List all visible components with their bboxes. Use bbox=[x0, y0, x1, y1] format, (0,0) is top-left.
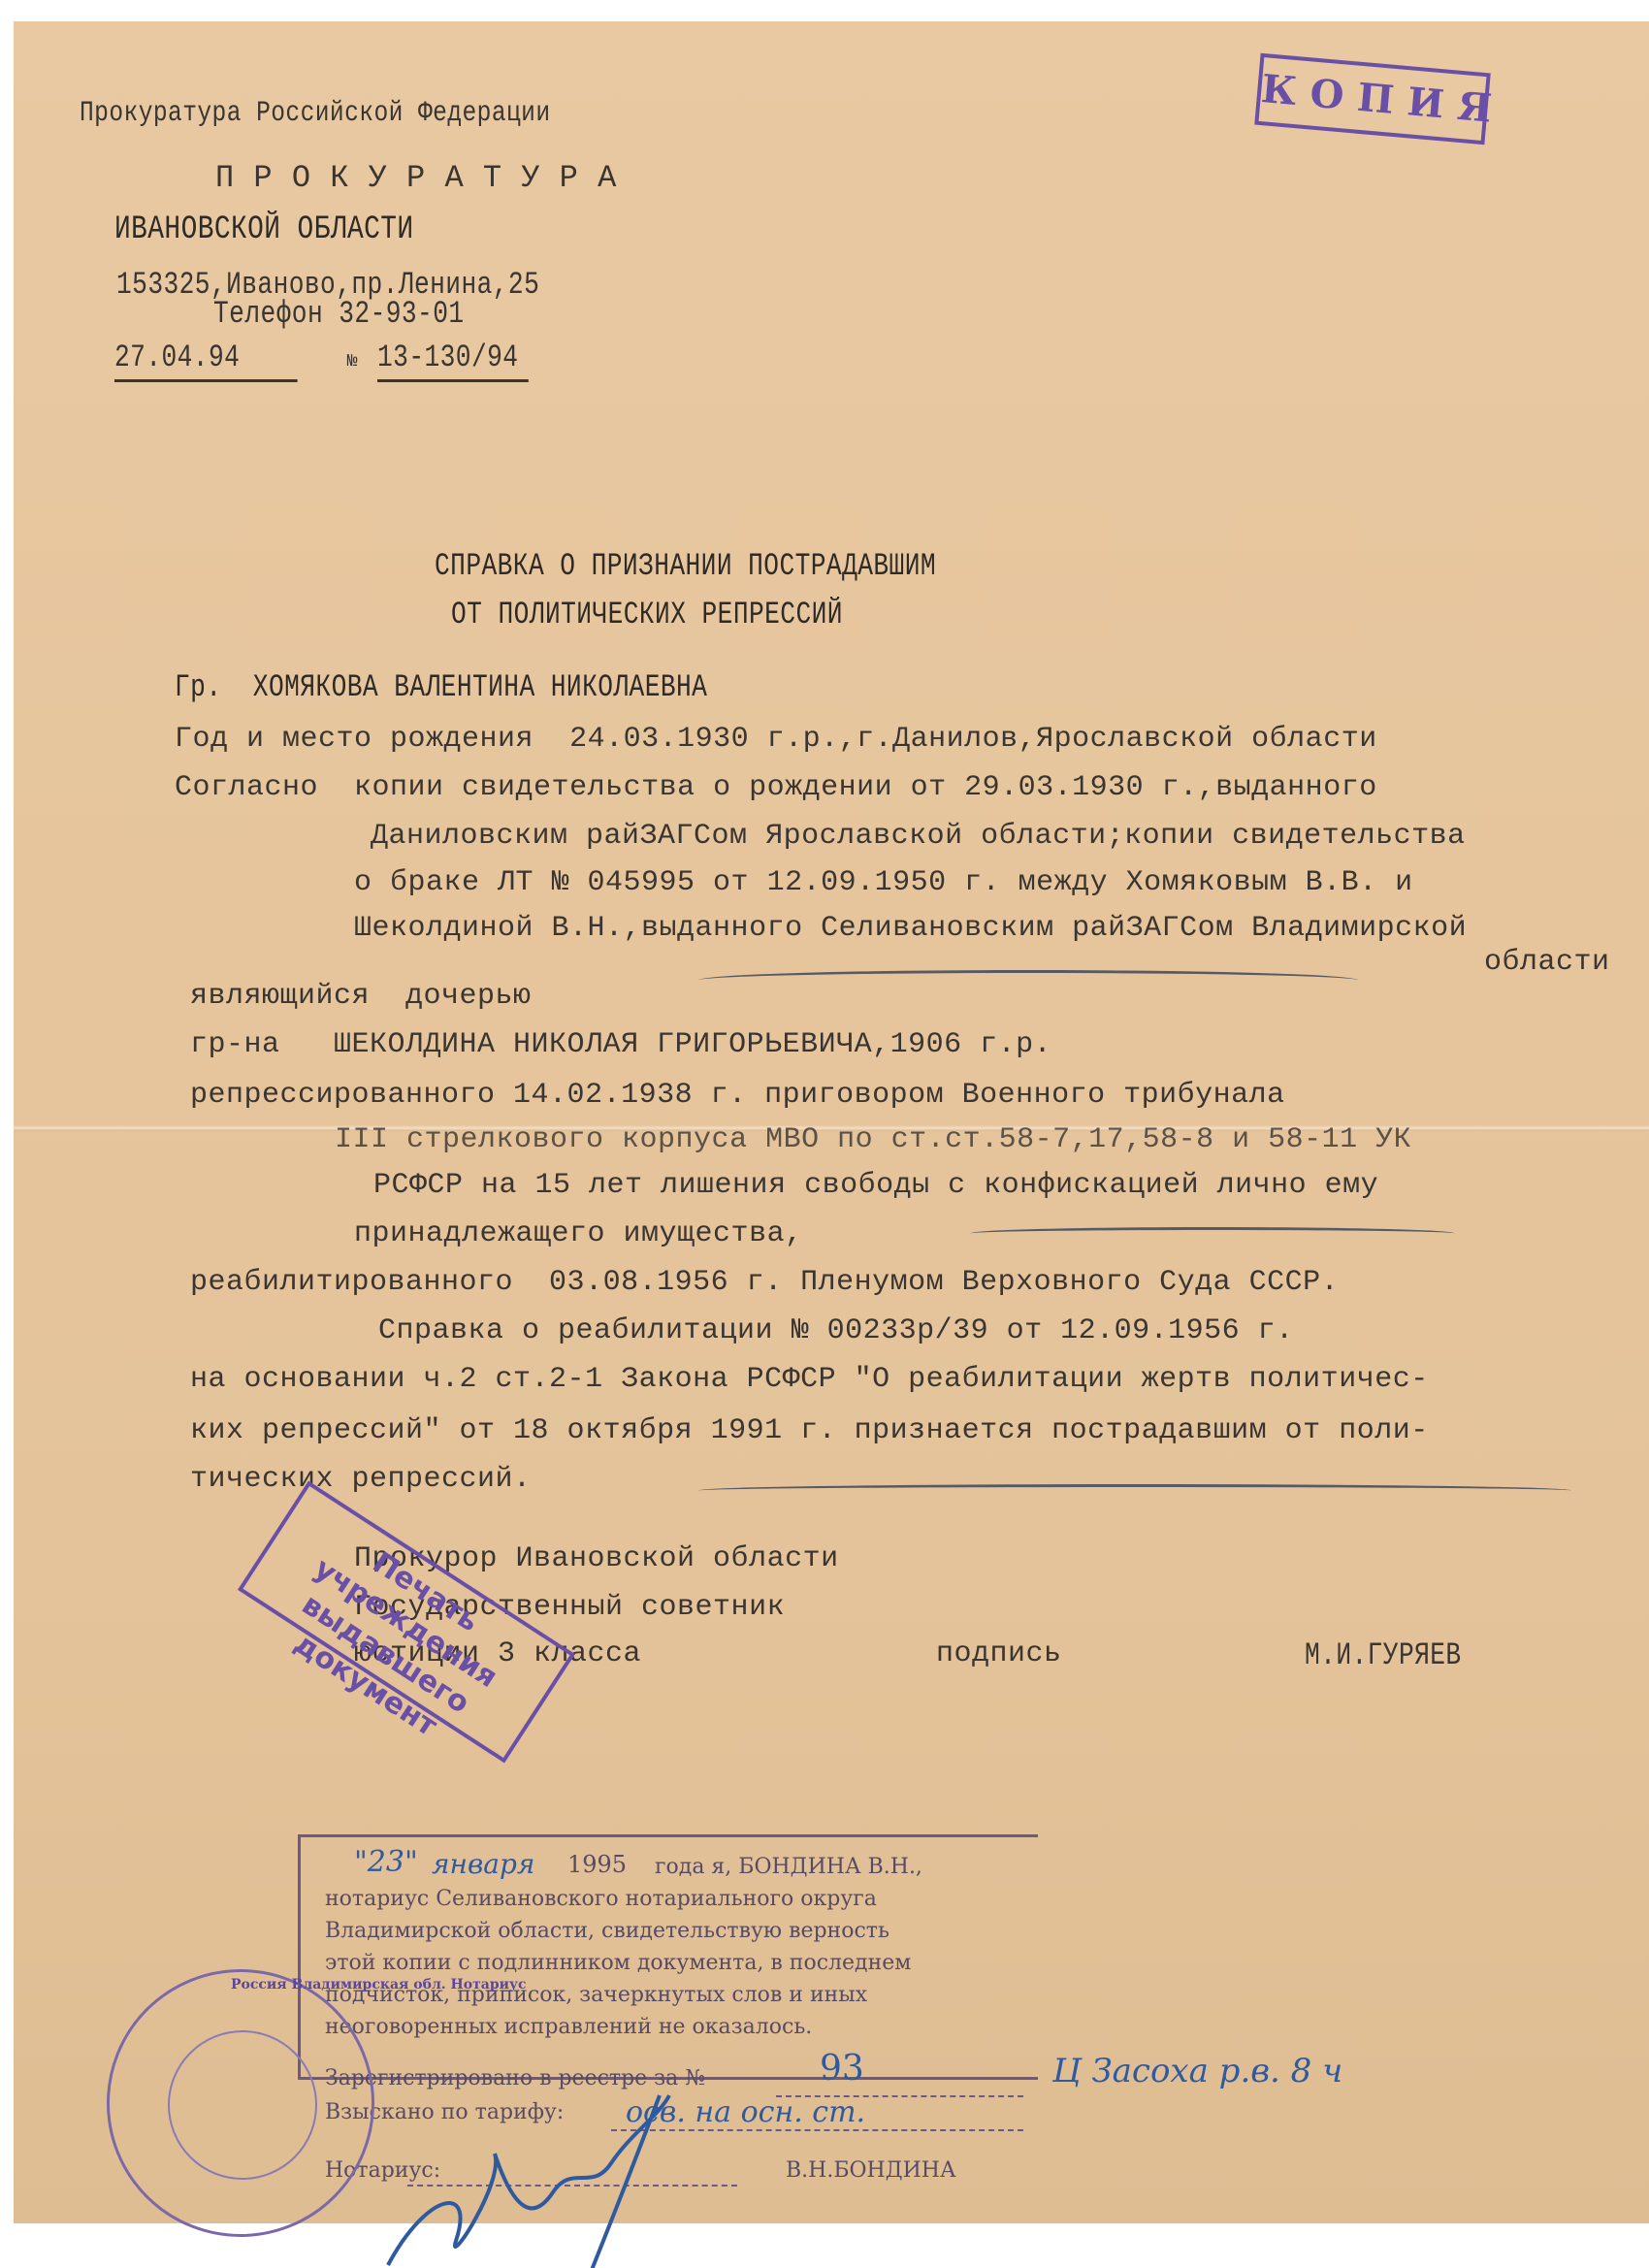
body-line: ких репрессий" от 18 октября 1991 г. при… bbox=[190, 1414, 1429, 1447]
body-line-damaged: III стрелкового корпуса МВО по ст.ст.58-… bbox=[335, 1123, 1411, 1156]
notary-signature bbox=[369, 2076, 698, 2268]
notary-line-2: нотариус Селивановского нотариального ок… bbox=[325, 1887, 877, 1911]
body-line: Шеколдиной В.Н.,выданного Селивановским … bbox=[354, 912, 1467, 945]
pen-stroke bbox=[970, 1227, 1455, 1240]
birth-line: Год и место рождения 24.03.1930 г.р.,г.Д… bbox=[175, 723, 1377, 756]
document-number: 13-130/94 bbox=[377, 340, 529, 382]
notary-line-6: неоговоренных исправлений не оказалось. bbox=[325, 2015, 812, 2039]
notary-name: В.Н.БОНДИНА bbox=[786, 2158, 956, 2183]
body-line: области bbox=[1484, 946, 1610, 979]
handwritten-note: Ц Засоха р.в. 8 ч bbox=[1052, 2052, 1342, 2090]
notary-line-1: года я, БОНДИНА В.Н., bbox=[655, 1855, 922, 1879]
notary-day: "23" bbox=[354, 1845, 418, 1879]
body-line: репрессированного 14.02.1938 г. приговор… bbox=[190, 1079, 1285, 1112]
document-date: 27.04.94 bbox=[114, 340, 298, 382]
notary-month: января bbox=[432, 1848, 534, 1880]
region-heading: ИВАНОВСКОЙ ОБЛАСТИ bbox=[114, 211, 414, 248]
notary-line-3: Владимирской области, свидетельствую вер… bbox=[325, 1919, 889, 1943]
body-line: Согласно копии свидетельства о рождении … bbox=[175, 771, 1377, 804]
phone: Телефон 32-93-01 bbox=[213, 296, 465, 332]
title-line-1: СПРАВКА О ПРИЗНАНИИ ПОСТРАДАВШИМ bbox=[435, 548, 936, 584]
body-line: о браке ЛТ № 045995 от 12.09.1950 г. меж… bbox=[354, 866, 1413, 899]
coat-of-arms-emblem bbox=[168, 2030, 317, 2180]
body-line: Даниловским райЗАГСом Ярославской област… bbox=[371, 820, 1466, 853]
registry-number: 93 bbox=[820, 2049, 864, 2089]
signature-label: подпись bbox=[936, 1637, 1062, 1670]
body-line: тических репрессий. bbox=[190, 1463, 532, 1496]
body-line: являющийся дочерью bbox=[190, 980, 532, 1013]
org-line: Прокуратура Российской Федерации bbox=[80, 97, 551, 130]
prosecutor-name: М.И.ГУРЯЕВ bbox=[1305, 1637, 1462, 1673]
date-number-row: 27.04.94 № 13-130/94 bbox=[114, 340, 562, 382]
body-line: на основании ч.2 ст.2-1 Закона РСФСР "О … bbox=[190, 1363, 1429, 1396]
notary-seal: Россия Владимирская обл. Нотариус bbox=[107, 1969, 374, 2237]
body-line: РСФСР на 15 лет лишения свободы с конфис… bbox=[373, 1169, 1378, 1202]
pen-stroke bbox=[698, 1484, 1571, 1497]
pen-stroke bbox=[698, 970, 1358, 990]
title-line-2: ОТ ПОЛИТИЧЕСКИХ РЕПРЕССИЙ bbox=[451, 597, 843, 632]
citizen-name: Гр. ХОМЯКОВА ВАЛЕНТИНА НИКОЛАЕВНА bbox=[175, 669, 707, 705]
seal-text: Россия Владимирская обл. Нотариус bbox=[231, 1977, 527, 1993]
prokuratura-heading: П Р О К У Р А Т У Р А bbox=[215, 160, 617, 196]
repressed-name: гр-на ШЕКОЛДИНА НИКОЛАЯ ГРИГОРЬЕВИЧА,190… bbox=[190, 1028, 1051, 1061]
certificate-line: Справка о реабилитации № 00233р/39 от 12… bbox=[378, 1314, 1294, 1347]
notary-line-4: этой копии с подлинником документа, в по… bbox=[325, 1951, 911, 1975]
notary-year: 1995 bbox=[567, 1851, 627, 1878]
number-sign: № bbox=[347, 352, 358, 372]
body-line: принадлежащего имущества, bbox=[354, 1217, 803, 1250]
rehabilitation-line: реабилитированного 03.08.1956 г. Пленумо… bbox=[190, 1266, 1339, 1299]
